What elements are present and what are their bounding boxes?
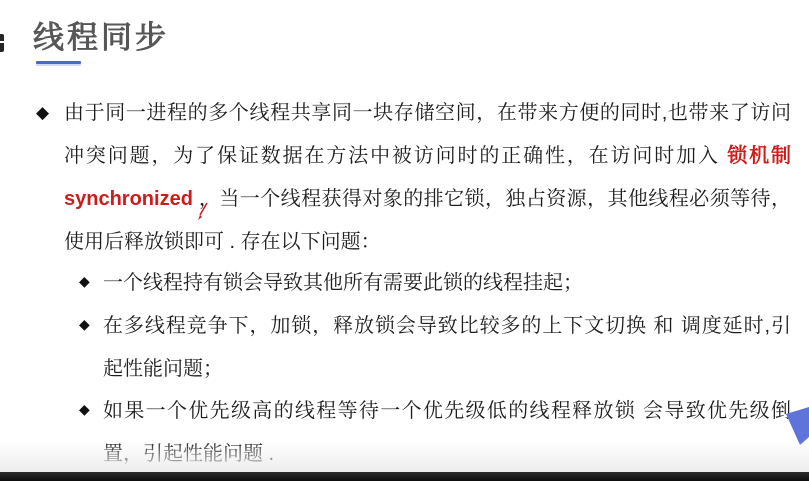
sub-bullet-line: 如果一个优先级高的线程等待一个优先级低的线程释放锁 会导致优先级倒 bbox=[103, 398, 791, 428]
text-segment: ，当一个线程获得对象的排它锁，独占资源，其他线程必须等待， bbox=[193, 188, 791, 210]
text-segment: 在多线程竞争下，加锁，释放锁会导致比较多的上下文切换 和 调度延时,引 bbox=[103, 315, 791, 337]
text-segment: 由于同一进程的多个线程共享同一块存储空间，在带来方便的同时,也带来了访问 bbox=[64, 102, 791, 124]
highlight-text-segment: synchronized bbox=[64, 188, 193, 210]
text-segment: 一个线程持有锁会导致其他所有需要此锁的线程挂起； bbox=[103, 272, 583, 294]
pen-cursor-icon bbox=[196, 202, 210, 221]
paragraph-line: 冲突问题，为了保证数据在方法中被访问时的正确性，在访问时加入 锁机制 bbox=[64, 143, 791, 173]
left-edge-artifact bbox=[0, 34, 4, 52]
diamond-bullet-icon: ◆ bbox=[79, 401, 90, 418]
paragraph-line: synchronized ，当一个线程获得对象的排它锁，独占资源，其他线程必须等… bbox=[64, 186, 791, 216]
sub-bullet-line: 起性能问题； bbox=[103, 356, 791, 386]
diamond-bullet-icon: ◆ bbox=[79, 273, 90, 290]
text-segment: 起性能问题； bbox=[103, 358, 223, 380]
paragraph-line: 使用后释放锁即可 . 存在以下问题： bbox=[64, 229, 791, 259]
sub-bullet-line: 在多线程竞争下，加锁，释放锁会导致比较多的上下文切换 和 调度延时,引 bbox=[103, 313, 791, 343]
text-segment: 如果一个优先级高的线程等待一个优先级低的线程释放锁 会导致优先级倒 bbox=[103, 400, 791, 422]
text-segment: 冲突问题，为了保证数据在方法中被访问时的正确性，在访问时加入 bbox=[64, 145, 727, 167]
paragraph-line: 由于同一进程的多个线程共享同一块存储空间，在带来方便的同时,也带来了访问 bbox=[64, 100, 791, 130]
page-title: 线程同步 bbox=[33, 12, 169, 57]
title-underline-decoration bbox=[36, 61, 81, 64]
bottom-bar bbox=[0, 472, 809, 481]
text-segment: 使用后释放锁即可 . 存在以下问题： bbox=[64, 231, 381, 253]
diamond-bullet-icon: ◆ bbox=[79, 316, 90, 333]
slide: 线程同步 ◆ 由于同一进程的多个线程共享同一块存储空间，在带来方便的同时,也带来… bbox=[0, 0, 809, 481]
bottom-fade bbox=[0, 441, 809, 472]
highlight-text-segment: 锁机制 bbox=[727, 145, 791, 167]
sub-bullet-line: 一个线程持有锁会导致其他所有需要此锁的线程挂起； bbox=[103, 270, 791, 300]
diamond-bullet-icon: ◆ bbox=[36, 103, 49, 123]
